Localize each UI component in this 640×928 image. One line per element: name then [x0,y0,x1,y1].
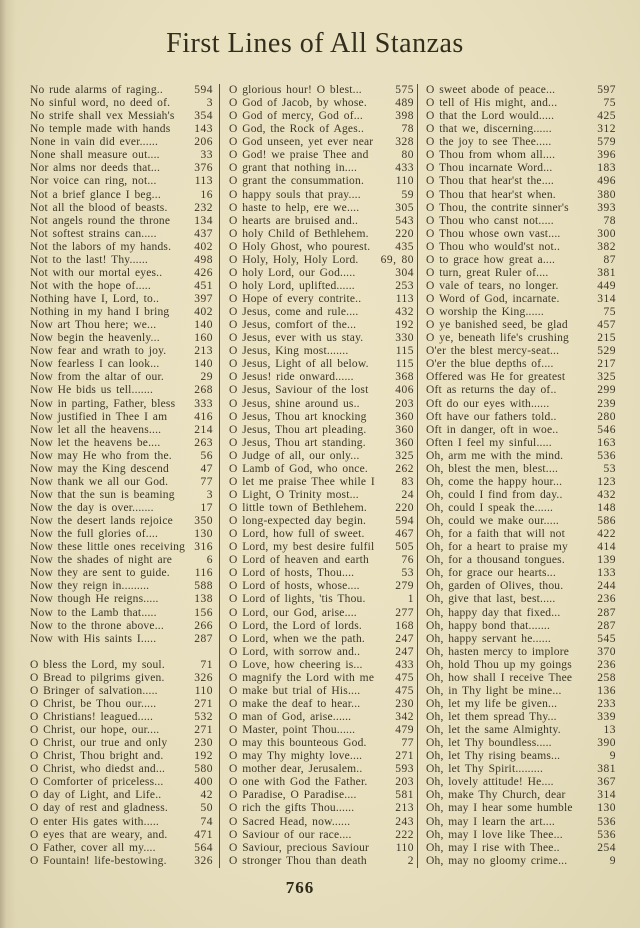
hymn-page-number: 192 [389,319,414,332]
hymn-page-number: 139 [591,554,616,567]
hymn-page-number: 69, 80 [378,254,414,267]
index-entry: Nothing have I, Lord, to..397 [30,293,213,306]
first-line-text: Oh, happy servant he...... [426,633,591,646]
index-entry: Oh, let the same Almighty.13 [426,724,616,737]
first-line-text: Now justified in Thee I am [30,411,188,424]
first-line-text: Now may the King descend [30,463,188,476]
first-line-text: O Lord, how full of sweet. [229,528,389,541]
hymn-page-number: 594 [188,84,213,97]
index-entry: Oh, may I love like Thee...536 [426,829,616,842]
hymn-page-number: 220 [389,502,414,515]
first-line-text: None in vain did ever...... [30,136,188,149]
first-line-text: Not to the last! Thy...... [30,254,188,267]
index-entry: Now begin the heavenly...160 [30,332,213,345]
index-entry: O God! we praise Thee and80 [229,149,414,162]
first-line-text: O Paradise, O Paradise.... [229,789,389,802]
first-line-text: Oh, give that last, best..... [426,593,591,606]
hymn-page-number: 529 [591,345,616,358]
index-entry: Now let all the heavens....214 [30,424,213,437]
hymn-page-number: 396 [591,149,616,162]
hymn-page-number: 328 [389,136,414,149]
index-entry: O day of rest and gladness.50 [30,802,213,815]
hymn-page-number: 71 [188,659,213,672]
first-line-text: Now with His saints I..... [30,633,188,646]
hymn-page-number: 381 [591,267,616,280]
hymn-page-number: 254 [591,842,616,855]
index-entry: Oh, blest the men, blest....53 [426,463,616,476]
first-line-text: Nothing have I, Lord, to.. [30,293,188,306]
hymn-page-number: 433 [389,162,414,175]
first-line-text: O tell of His might, and... [426,97,591,110]
index-entry: O to grace how great a....87 [426,254,616,267]
first-line-text: Oh, let Thy rising beams... [426,750,591,763]
first-line-text: O Lord, with sorrow and.. [229,646,389,659]
first-line-text: O Jesus, Thou art knocking [229,411,389,424]
index-entry: O Jesus, comfort of the...192 [229,319,414,332]
index-entry: Oh, let Thy Spirit.........381 [426,763,616,776]
first-line-text: No temple made with hands [30,123,188,136]
index-entry: Oh, let Thy rising beams...9 [426,750,616,763]
index-entry: Now may the King descend47 [30,463,213,476]
first-line-text: Not all the blood of beasts. [30,202,188,215]
hymn-page-number: 136 [591,685,616,698]
hymn-page-number: 271 [188,724,213,737]
index-entry: O Lord of heaven and earth76 [229,554,414,567]
index-entry: O'er the blue depths of....217 [426,358,616,371]
first-line-text: O Saviour, precious Saviour [229,842,389,855]
index-entry: Not all the blood of beasts.232 [30,202,213,215]
index-entry: Now justified in Thee I am416 [30,411,213,424]
hymn-page-number: 435 [389,241,414,254]
index-entry: O Jesus! ride onward......368 [229,371,414,384]
hymn-page-number: 397 [188,293,213,306]
hymn-page-number: 416 [188,411,213,424]
hymn-page-number: 6 [188,554,213,567]
index-entry: O make the deaf to hear...230 [229,698,414,711]
first-line-text: O God! we praise Thee and [229,149,389,162]
hymn-page-number: 133 [591,567,616,580]
index-entry: None in vain did ever......206 [30,136,213,149]
first-line-text: Now these little ones receiving [30,541,188,554]
hymn-page-number: 354 [188,110,213,123]
index-entry: O haste to help, ere we....305 [229,202,414,215]
first-line-text: O one with God the Father. [229,776,389,789]
hymn-page-number: 305 [389,202,414,215]
hymn-page-number: 213 [188,345,213,358]
index-entry: Now to the throne above...266 [30,620,213,633]
first-line-text: O Holy, Holy, Holy Lord. [229,254,378,267]
hymn-page-number: 496 [591,175,616,188]
hymn-page-number: 262 [389,463,414,476]
index-entry: O holy Lord, our God.....304 [229,267,414,280]
hymn-page-number: 536 [591,816,616,829]
first-line-text: O Hope of every contrite.. [229,293,389,306]
first-line-text: Oh, for a heart to praise my [426,541,591,554]
index-entry: Nor voice can ring, not...113 [30,175,213,188]
first-line-text: Often I feel my sinful..... [426,437,591,450]
first-line-text: O that the Lord would..... [426,110,591,123]
hymn-page-number: 390 [591,737,616,750]
hymn-page-number: 215 [591,332,616,345]
hymn-page-number: 376 [188,162,213,175]
hymn-page-number: 116 [188,567,213,580]
index-entry: O Thou who canst not.....78 [426,215,616,228]
first-line-text: O long-expected day begin. [229,515,389,528]
hymn-page-number: 110 [389,842,414,855]
hymn-page-number: 9 [591,855,616,868]
first-line-text: O Jesus, comfort of the... [229,319,389,332]
hymn-page-number: 432 [389,306,414,319]
index-entry: O one with God the Father.203 [229,776,414,789]
index-entry: Oh, give that last, best.....236 [426,593,616,606]
hymn-page-number: 266 [188,620,213,633]
hymn-page-number: 236 [591,659,616,672]
page-title: First Lines of All Stanzas [0,28,630,60]
index-entry: O Holy, Holy, Holy Lord.69, 80 [229,254,414,267]
index-entry: Not a brief glance I beg...16 [30,189,213,202]
index-entry: Oh, may I rise with Thee..254 [426,842,616,855]
hymn-page-number: 29 [188,371,213,384]
index-entry: O that we, discerning......312 [426,123,616,136]
first-line-text: Oh, for a faith that will not [426,528,591,541]
first-line-text: O Jesus, shine around us.. [229,398,389,411]
index-entry: Now the day is over.......17 [30,502,213,515]
hymn-page-number: 479 [389,724,414,737]
first-line-text: Oh, let them spread Thy... [426,711,591,724]
index-entry: No rude alarms of raging..594 [30,84,213,97]
index-entry: O Christ, who diedst and...580 [30,763,213,776]
first-line-text: O Comforter of priceless... [30,776,188,789]
index-entry: O turn, great Ruler of....381 [426,267,616,280]
index-entry: O may Thy mighty love....271 [229,750,414,763]
first-line-text: O ye banished seed, be glad [426,319,591,332]
hymn-page-number: 74 [188,816,213,829]
first-line-text: O Jesus, Saviour of the lost [229,384,389,397]
index-entry: O may this bounteous God.77 [229,737,414,750]
hymn-page-number: 382 [591,241,616,254]
first-line-text: O Lord of hosts, Thou.... [229,567,389,580]
index-entry: O Hope of every contrite..113 [229,293,414,306]
index-entry: O Thou incarnate Word...183 [426,162,616,175]
hymn-page-number: 471 [188,829,213,842]
index-entry: O Jesus, Thou art knocking360 [229,411,414,424]
index-entry: Oh, hasten mercy to implore370 [426,646,616,659]
index-entry: Not angels round the throne134 [30,215,213,228]
index-entry: O Holy Ghost, who pourest.435 [229,241,414,254]
first-line-text: Now fear and wrath to joy. [30,345,188,358]
first-line-text: Oh, for grace our hearts... [426,567,591,580]
hymn-page-number: 53 [389,567,414,580]
first-line-text: O Thou who canst not..... [426,215,591,228]
index-entry: Now fear and wrath to joy.213 [30,345,213,358]
hymn-page-number: 268 [188,384,213,397]
index-entry: O Thou who would'st not..382 [426,241,616,254]
hymn-page-number: 325 [591,371,616,384]
index-entry: Oh, let my life be given...233 [426,698,616,711]
index-entry: Oh, make Thy Church, dear314 [426,789,616,802]
first-line-text: Oh, could I find from day.. [426,489,591,502]
hymn-page-number: 115 [389,358,414,371]
first-line-text: O Lord, our God, arise.... [229,607,389,620]
first-line-text: O magnify the Lord with me [229,672,389,685]
first-line-text: O Fountain! life-bestowing. [30,855,188,868]
index-column-2: O glorious hour! O blest...575O God of J… [219,84,414,868]
hymn-page-number: 437 [188,228,213,241]
first-line-text: Offered was He for greatest [426,371,591,384]
hymn-page-number: 536 [591,450,616,463]
hymn-page-number: 475 [389,672,414,685]
hymn-page-number: 130 [591,802,616,815]
first-line-text: O Thou, the contrite sinner's [426,202,591,215]
first-line-text: Oh, may I love like Thee... [426,829,591,842]
first-line-text: O grant that nothing in.... [229,162,389,175]
hymn-page-number: 160 [188,332,213,345]
hymn-page-number: 75 [591,306,616,319]
index-entry: O the joy to see Thee.....579 [426,136,616,149]
first-line-text: O Lord, my best desire fulfil [229,541,389,554]
index-entry: Oh, let Thy boundless.....390 [426,737,616,750]
first-line-text: O holy Lord, uplifted...... [229,280,389,293]
index-entry: O day of Light, and Life..42 [30,789,213,802]
hymn-page-number: 299 [591,384,616,397]
index-entry: Now fearless I can look...140 [30,358,213,371]
hymn-page-number: 253 [389,280,414,293]
hymn-page-number: 113 [188,175,213,188]
hymn-page-number: 545 [591,633,616,646]
index-entry: Nothing in my hand I bring402 [30,306,213,319]
hymn-page-number: 230 [389,698,414,711]
index-entry: Now from the altar of our.29 [30,371,213,384]
hymn-page-number: 498 [188,254,213,267]
hymn-page-number: 243 [389,816,414,829]
index-entry: O rich the gifts Thou......213 [229,802,414,815]
hymn-page-number: 56 [188,450,213,463]
index-entry: O Sacred Head, now......243 [229,816,414,829]
first-line-text: Now the desert lands rejoice [30,515,188,528]
first-line-text: O Jesus, Thou art standing. [229,437,389,450]
hymn-page-number: 339 [591,711,616,724]
index-entry: O Paradise, O Paradise....581 [229,789,414,802]
hymnal-index-page: First Lines of All Stanzas No rude alarm… [0,0,640,928]
index-entry: Oft do our eyes with......239 [426,398,616,411]
first-line-text: O Holy Ghost, who pourest. [229,241,389,254]
hymn-page-number: 2 [389,855,414,868]
hymn-page-number: 451 [188,280,213,293]
hymn-page-number: 325 [389,450,414,463]
index-entry: O Lord, when we the path.247 [229,633,414,646]
index-entry: Now let the heavens be....263 [30,437,213,450]
first-line-text: Now the full glories of.... [30,528,188,541]
index-entry: O Judge of all, our only...325 [229,450,414,463]
index-entry: O Lord, the Lord of lords.168 [229,620,414,633]
first-line-text: O vale of tears, no longer. [426,280,591,293]
first-line-text: Not with our mortal eyes.. [30,267,188,280]
index-entry: O Master, point Thou......479 [229,724,414,737]
first-line-text: O Lord of lights, 'tis Thou. [229,593,389,606]
first-line-text: O Jesus, come and rule.... [229,306,389,319]
hymn-page-number: 314 [591,293,616,306]
hymn-page-number: 360 [389,424,414,437]
hymn-page-number: 316 [188,541,213,554]
hymn-page-number: 78 [389,123,414,136]
first-line-text: O'er the blue depths of.... [426,358,591,371]
first-line-text: O glorious hour! O blest... [229,84,389,97]
first-line-text: O make the deaf to hear... [229,698,389,711]
index-entry: Now in parting, Father, bless333 [30,398,213,411]
hymn-page-number: 425 [591,110,616,123]
index-entry: O Love, how cheering is...433 [229,659,414,672]
first-line-text: Oh, may no gloomy crime... [426,855,591,868]
hymn-page-number: 3 [188,489,213,502]
index-entry: Oh, happy day that fixed...287 [426,607,616,620]
hymn-page-number: 192 [188,750,213,763]
first-line-text: O Christ, our true and only [30,737,188,750]
index-entry: O Light, O Trinity most...24 [229,489,414,502]
index-entry: O Word of God, incarnate.314 [426,293,616,306]
index-entry: O sweet abode of peace...597 [426,84,616,97]
first-line-text: O make but trial of His.... [229,685,389,698]
hymn-page-number: 505 [389,541,414,554]
first-line-text: O little town of Bethlehem. [229,502,389,515]
hymn-page-number: 400 [188,776,213,789]
index-entry: O Bringer of salvation.....110 [30,685,213,698]
first-line-text: O let me praise Thee while I [229,476,389,489]
first-line-text: Oh, may I learn the art.... [426,816,591,829]
first-line-text: O Lord, when we the path. [229,633,389,646]
hymn-page-number: 3 [188,97,213,110]
first-line-text: O Jesus! ride onward...... [229,371,389,384]
hymn-page-number: 87 [591,254,616,267]
first-line-text: O Christ, who diedst and... [30,763,188,776]
hymn-page-number: 277 [389,607,414,620]
index-entry: O Christ, be Thou our.....271 [30,698,213,711]
hymn-page-number: 258 [591,672,616,685]
index-entry: Now the shades of night are6 [30,554,213,567]
hymn-page-number: 130 [188,528,213,541]
hymn-page-number: 206 [188,136,213,149]
index-entry: O long-expected day begin.594 [229,515,414,528]
index-entry: O that the Lord would.....425 [426,110,616,123]
index-entry: Now may He who from the.56 [30,450,213,463]
index-entry: O Jesus, Thou art pleading.360 [229,424,414,437]
first-line-text: Now to the Lamb that..... [30,607,188,620]
index-entry: Oh, happy servant he......545 [426,633,616,646]
index-entry: Oh, could we make our.....586 [426,515,616,528]
hymn-page-number: 312 [591,123,616,136]
index-entry: O tell of His might, and...75 [426,97,616,110]
hymn-page-number: 594 [389,515,414,528]
first-line-text: O Christ, Thou bright and. [30,750,188,763]
first-line-text: O God unseen, yet ever near [229,136,389,149]
hymn-page-number: 183 [591,162,616,175]
first-line-text: O the joy to see Thee..... [426,136,591,149]
index-entry: Oh, how shall I receive Thee258 [426,672,616,685]
index-entry: Not the labors of my hands.402 [30,241,213,254]
hymn-page-number: 580 [188,763,213,776]
hymn-page-number: 59 [389,189,414,202]
index-entry: O Thou that hear'st the....496 [426,175,616,188]
hymn-page-number: 76 [389,554,414,567]
index-entry: Now to the Lamb that.....156 [30,607,213,620]
first-line-text: Oh, lovely attitude! He.... [426,776,591,789]
first-line-text: Now fearless I can look... [30,358,188,371]
hymn-page-number: 80 [389,149,414,162]
hymn-page-number: 83 [389,476,414,489]
first-line-text: O man of God, arise...... [229,711,389,724]
index-entry: Oh, could I speak the......148 [426,502,616,515]
first-line-text: No strife shall vex Messiah's [30,110,188,123]
hymn-page-number: 78 [591,215,616,228]
hymn-page-number: 370 [591,646,616,659]
index-entry: Oh, hold Thou up my goings236 [426,659,616,672]
hymn-page-number: 233 [591,698,616,711]
index-entry: O God unseen, yet ever near328 [229,136,414,149]
index-entry: O Jesus, shine around us..203 [229,398,414,411]
first-line-text: Oh, let the same Almighty. [426,724,591,737]
index-entry: O worship the King......75 [426,306,616,319]
hymn-page-number: 402 [188,306,213,319]
index-column-3: O sweet abode of peace...597O tell of Hi… [417,84,616,868]
hymn-page-number: 24 [389,489,414,502]
hymn-page-number: 123 [591,476,616,489]
first-line-text: O Thou from whom all.... [426,149,591,162]
first-line-text: O Judge of all, our only... [229,450,389,463]
first-line-text: O Lamb of God, who once. [229,463,389,476]
hymn-page-number: 330 [389,332,414,345]
index-entry: Oh, for a faith that will not422 [426,528,616,541]
hymn-page-number: 33 [188,149,213,162]
hymn-page-number: 380 [591,189,616,202]
hymn-page-number: 579 [591,136,616,149]
hymn-page-number: 1 [389,593,414,606]
first-line-text: Oh, make Thy Church, dear [426,789,591,802]
first-line-text: O Thou whose own vast.... [426,228,591,241]
hymn-page-number: 134 [188,215,213,228]
index-entry: Oh, let them spread Thy...339 [426,711,616,724]
hymn-page-number: 360 [389,411,414,424]
first-line-text: O Thou incarnate Word... [426,162,591,175]
first-line-text: O Master, point Thou...... [229,724,389,737]
hymn-page-number: 326 [188,855,213,868]
index-entry: O Lamb of God, who once.262 [229,463,414,476]
first-line-text: O that we, discerning...... [426,123,591,136]
hymn-page-number: 279 [389,580,414,593]
first-line-text: Not with the hope of..... [30,280,188,293]
first-line-text: Now begin the heavenly... [30,332,188,345]
hymn-page-number: 50 [188,802,213,815]
first-line-text: O sweet abode of peace... [426,84,591,97]
first-line-text: Oh, garden of Olives, thou. [426,580,591,593]
index-entry: Often I feel my sinful.....163 [426,437,616,450]
first-line-text: O day of Light, and Life.. [30,789,188,802]
first-line-text: Nothing in my hand I bring [30,306,188,319]
first-line-text: Oh, how shall I receive Thee [426,672,591,685]
hymn-page-number: 426 [188,267,213,280]
index-entry: O mother dear, Jerusalem..593 [229,763,414,776]
hymn-page-number: 220 [389,228,414,241]
hymn-page-number: 287 [188,633,213,646]
index-entry: Now thank we all our God.77 [30,476,213,489]
first-line-text: Oh, hasten mercy to implore [426,646,591,659]
index-entry: Now that the sun is beaming3 [30,489,213,502]
first-line-text: Oh, blest the men, blest.... [426,463,591,476]
hymn-page-number: 532 [188,711,213,724]
first-line-text: Oft do our eyes with...... [426,398,591,411]
index-entry: O man of God, arise......342 [229,711,414,724]
index-entry: Oh, happy bond that.......287 [426,620,616,633]
index-entry: Oh, may no gloomy crime...9 [426,855,616,868]
hymn-page-number: 287 [591,607,616,620]
